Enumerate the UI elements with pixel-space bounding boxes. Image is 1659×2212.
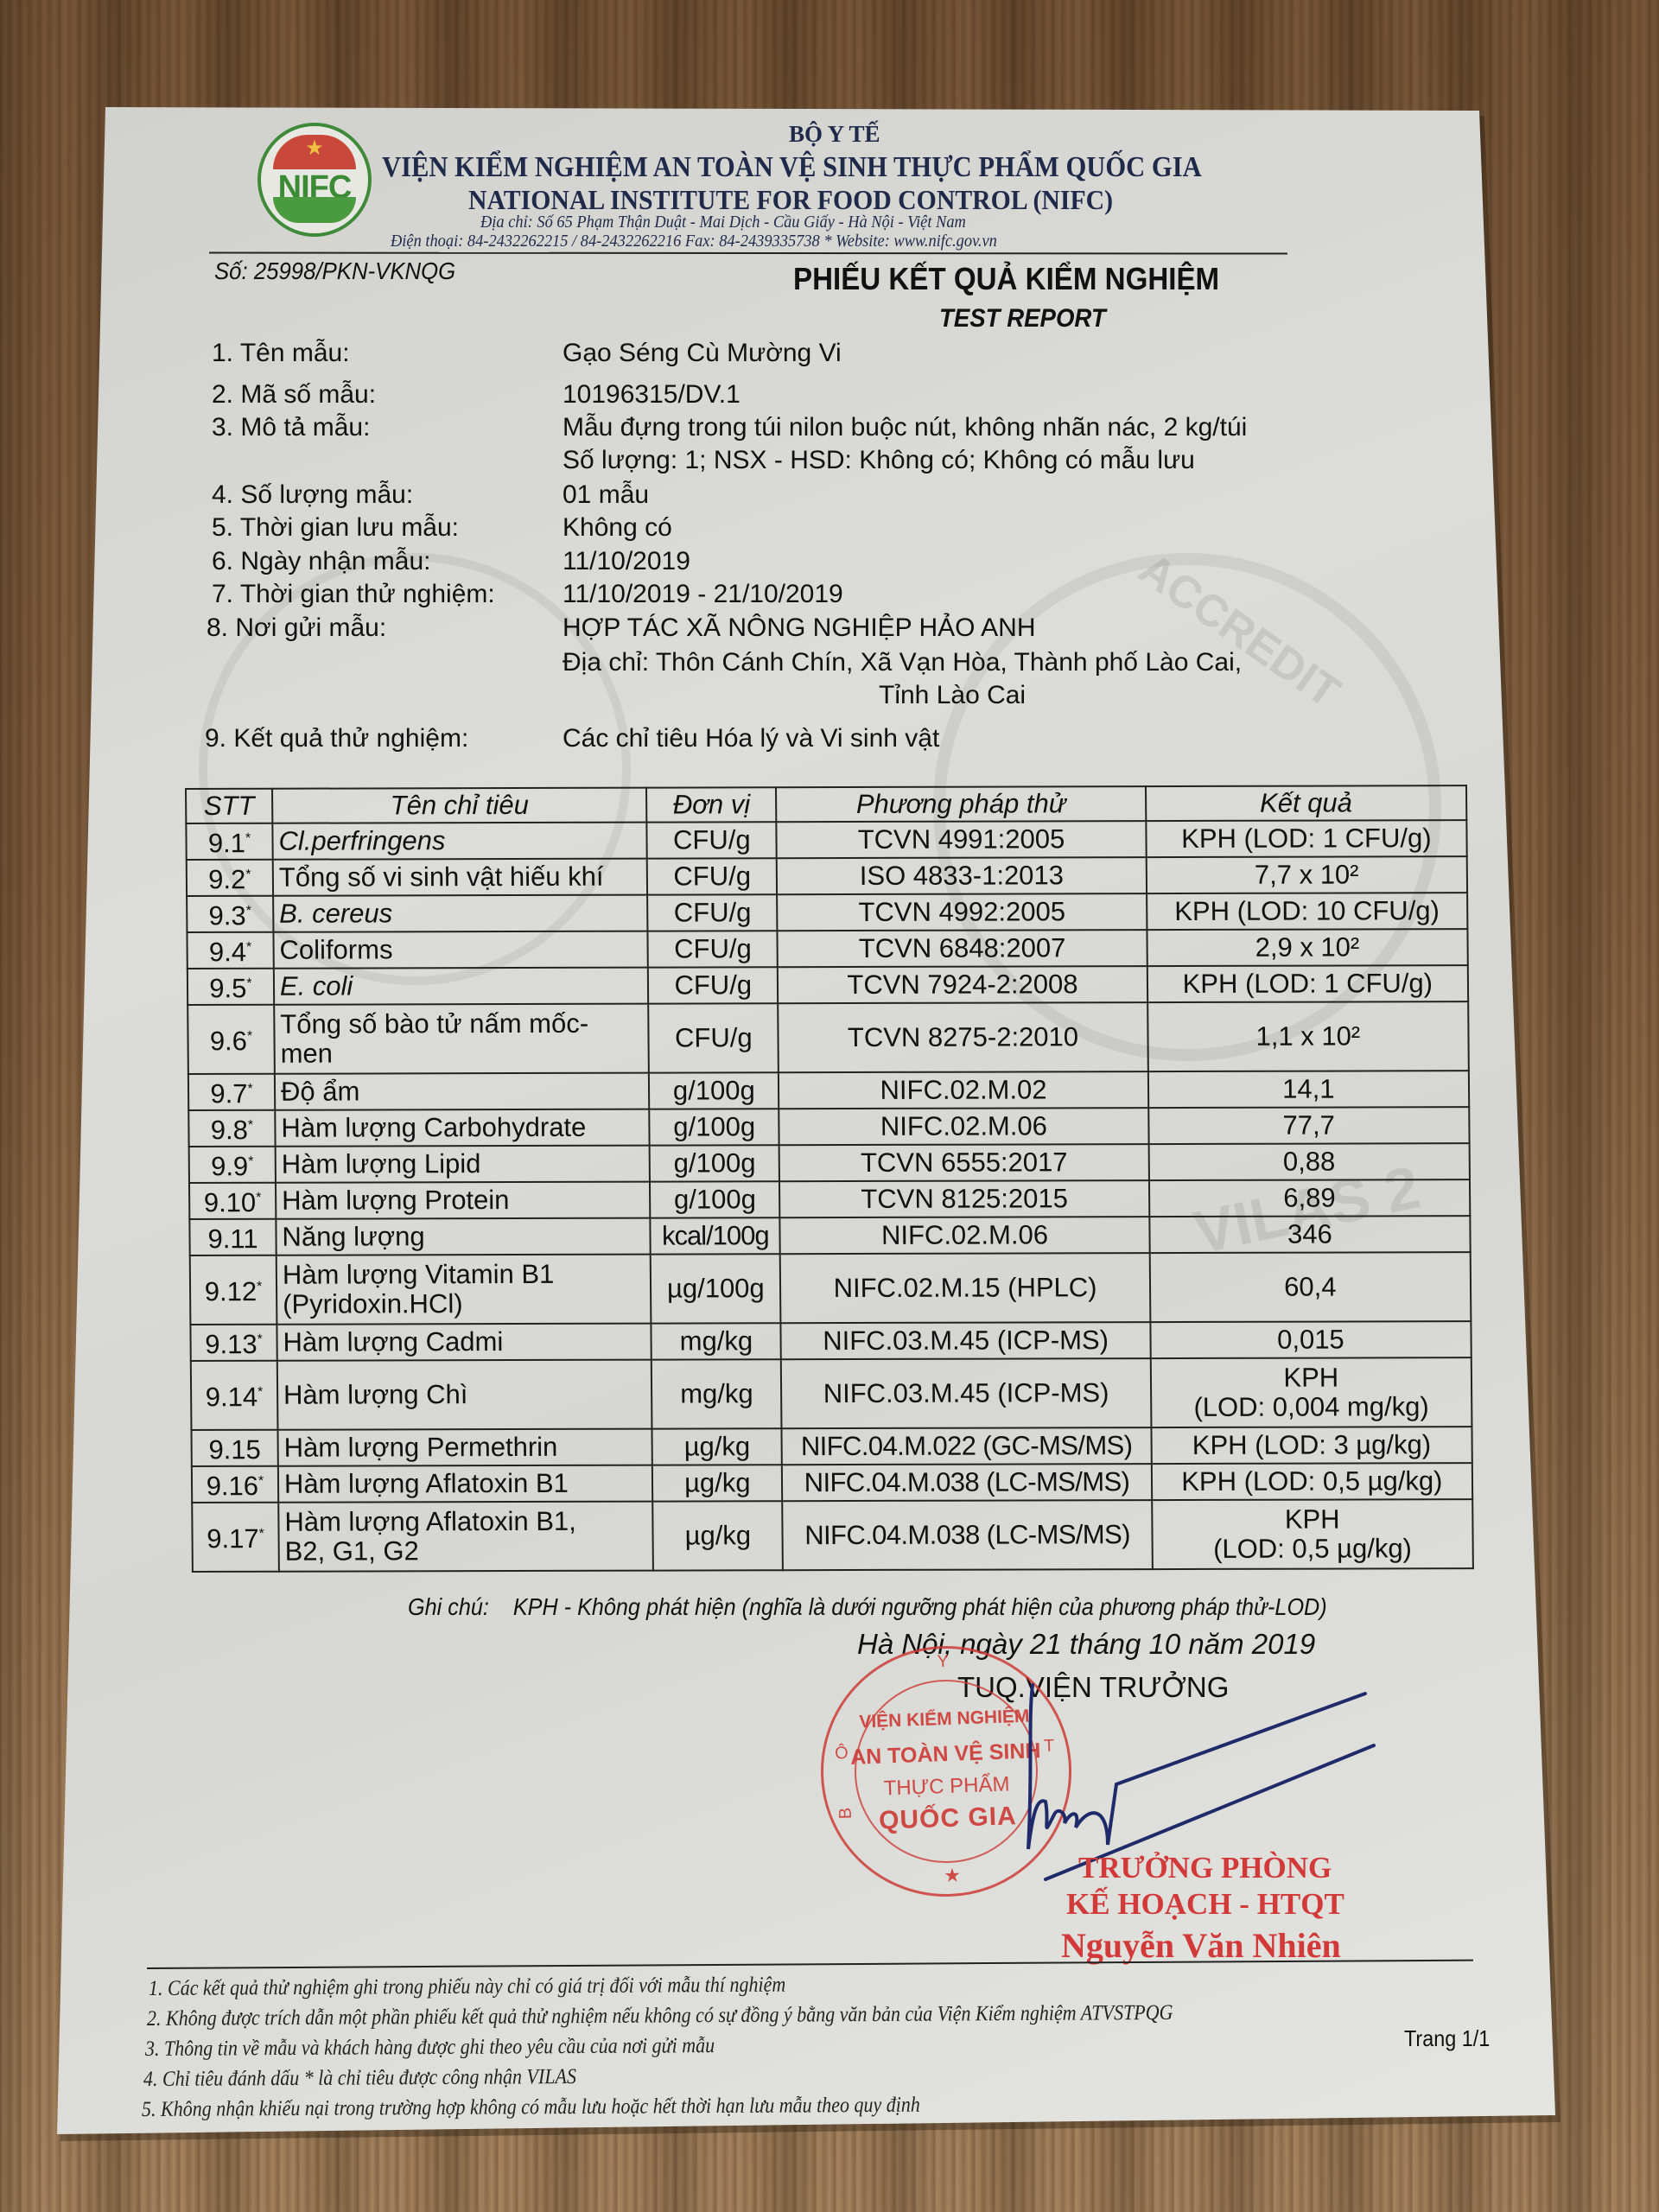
- table-row: 9.11Năng lượngkcal/100gNIFC.02.M.06346: [189, 1216, 1470, 1255]
- cell-stt: 9.16*: [192, 1466, 278, 1503]
- cell-unit: g/100g: [650, 1181, 779, 1217]
- cell-indicator-name: Năng lượng: [276, 1218, 651, 1255]
- cell-unit: µg/kg: [652, 1428, 782, 1465]
- nifc-logo: ★ NIFC: [257, 123, 372, 237]
- table-row: 9.12*Hàm lượng Vitamin B1(Pyridoxin.HCl)…: [190, 1252, 1471, 1325]
- note-text: KPH - Không phát hiện (nghĩa là dưới ngư…: [513, 1593, 1327, 1620]
- cell-indicator-name: Hàm lượng Protein: [276, 1182, 651, 1219]
- ministry-name: BỘ Y TẾ: [789, 121, 880, 148]
- field-value: 10196315/DV.1: [563, 380, 741, 410]
- field-value: Không có: [563, 513, 672, 543]
- institute-contact: Điện thoại: 84-2432262215 / 84-243226221…: [391, 232, 997, 251]
- cell-result: 77,7: [1148, 1107, 1470, 1144]
- cell-stt: 9.15: [191, 1430, 277, 1466]
- cell-result: 7,7 x 10²: [1146, 856, 1467, 893]
- table-row: 9.17*Hàm lượng Aflatoxin B1,B2, G1, G2µg…: [192, 1499, 1473, 1572]
- cell-method: NIFC.04.M.038 (LC-MS/MS): [783, 1500, 1153, 1570]
- cell-method: TCVN 7924-2:2008: [778, 966, 1147, 1003]
- cell-method: NIFC.03.M.45 (ICP-MS): [781, 1322, 1151, 1359]
- cell-stt: 9.6*: [188, 1005, 275, 1074]
- cell-method: NIFC.04.M.038 (LC-MS/MS): [782, 1464, 1152, 1501]
- signer-title-line1: TRƯỞNG PHÒNG: [1078, 1851, 1332, 1885]
- cell-result: 6,89: [1149, 1179, 1471, 1217]
- cell-indicator-name: Hàm lượng Lipid: [276, 1146, 651, 1183]
- field-value: Các chỉ tiêu Hóa lý và Vi sinh vật: [563, 724, 939, 753]
- institute-name-vi: VIỆN KIỂM NGHIỆM AN TOÀN VỆ SINH THỰC PH…: [382, 151, 1202, 184]
- cell-result: 14,1: [1148, 1071, 1470, 1108]
- table-row: 9.3*B. cereusCFU/gTCVN 4992:2005KPH (LOD…: [187, 893, 1467, 932]
- field-label: 3. Mô tả mẫu:: [212, 413, 370, 442]
- cell-unit: CFU/g: [647, 894, 777, 931]
- cell-unit: CFU/g: [647, 858, 777, 894]
- cell-method: NIFC.04.M.022 (GC-MS/MS): [782, 1427, 1152, 1465]
- table-row: 9.4*ColiformsCFU/gTCVN 6848:20072,9 x 10…: [187, 929, 1467, 969]
- cell-result: 2,9 x 10²: [1147, 929, 1468, 966]
- cell-stt: 9.9*: [189, 1147, 276, 1183]
- cell-method: NIFC.03.M.45 (ICP-MS): [781, 1358, 1151, 1428]
- cell-result: 60,4: [1149, 1252, 1471, 1322]
- col-header-result: Kết quả: [1146, 785, 1467, 821]
- footnote-item: 3. Thông tin về mẫu và khách hàng được g…: [145, 2034, 715, 2062]
- cell-stt: 9.8*: [188, 1110, 275, 1147]
- cell-unit: mg/kg: [652, 1323, 781, 1359]
- cell-indicator-name: Coliforms: [273, 931, 648, 969]
- cell-stt: 9.1*: [186, 823, 272, 860]
- cell-indicator-name: Cl.perfringens: [272, 823, 647, 860]
- field-value: Mẫu đựng trong túi nilon buộc nút, không…: [563, 413, 1247, 442]
- star-icon: ★: [944, 1864, 962, 1887]
- cell-indicator-name: Hàm lượng Aflatoxin B1,B2, G1, G2: [278, 1502, 653, 1572]
- cell-result: KPH(LOD: 0,5 µg/kg): [1152, 1499, 1473, 1569]
- cell-stt: 9.3*: [187, 896, 273, 932]
- cell-result: 346: [1149, 1216, 1471, 1253]
- institute-name-en: NATIONAL INSTITUTE FOR FOOD CONTROL (NIF…: [468, 184, 1113, 216]
- cell-unit: CFU/g: [648, 931, 778, 967]
- col-header-name: Tên chỉ tiêu: [272, 788, 647, 823]
- field-value: 11/10/2019 - 21/10/2019: [563, 580, 843, 609]
- table-row: 9.6*Tổng số bào tử nấm mốc-menCFU/gTCVN …: [188, 1001, 1469, 1074]
- cell-result: KPH (LOD: 3 µg/kg): [1151, 1427, 1472, 1464]
- field-label: 2. Mã số mẫu:: [212, 380, 376, 410]
- cell-stt: 9.7*: [188, 1074, 275, 1110]
- field-value: Số lượng: 1; NSX - HSD: Không có; Không …: [563, 446, 1195, 475]
- footnote-item: 4. Chỉ tiêu đánh dấu * là chỉ tiêu được …: [143, 2065, 576, 2092]
- institute-address: Địa chỉ: Số 65 Phạm Thận Duật - Mai Dịch…: [480, 213, 966, 232]
- col-header-stt: STT: [186, 789, 272, 823]
- cell-stt: 9.10*: [189, 1183, 276, 1219]
- field-label: 7. Thời gian thử nghiệm:: [212, 580, 495, 609]
- cell-unit: g/100g: [650, 1109, 779, 1145]
- cell-result: 0,88: [1148, 1143, 1470, 1180]
- cell-unit: kcal/100g: [651, 1217, 780, 1254]
- cell-indicator-name: B. cereus: [273, 895, 648, 932]
- field-label: 1. Tên mẫu:: [212, 339, 350, 368]
- cell-stt: 9.2*: [187, 860, 273, 896]
- report-title: PHIẾU KẾT QUẢ KIỂM NGHIỆM: [793, 261, 1219, 297]
- table-row: 9.1*Cl.perfringensCFU/gTCVN 4991:2005KPH…: [186, 820, 1466, 860]
- report-subtitle: TEST REPORT: [939, 304, 1106, 334]
- cell-stt: 9.11: [189, 1219, 276, 1255]
- cell-method: NIFC.02.M.06: [779, 1108, 1149, 1145]
- cell-method: TCVN 8125:2015: [779, 1180, 1149, 1217]
- cell-indicator-name: Hàm lượng Vitamin B1(Pyridoxin.HCl): [276, 1255, 652, 1325]
- field-value: Tỉnh Lào Cai: [879, 681, 1026, 710]
- cell-method: TCVN 8275-2:2010: [778, 1002, 1147, 1072]
- table-row: 9.16*Hàm lượng Aflatoxin B1µg/kgNIFC.04.…: [192, 1463, 1472, 1503]
- table-row: 9.13*Hàm lượng Cadmimg/kgNIFC.03.M.45 (I…: [190, 1321, 1471, 1361]
- cell-stt: 9.13*: [190, 1325, 276, 1361]
- cell-result: 1,1 x 10²: [1147, 1001, 1469, 1071]
- field-label: 9. Kết quả thử nghiệm:: [205, 724, 468, 753]
- field-label: 6. Ngày nhận mẫu:: [212, 547, 431, 576]
- field-label: 4. Số lượng mẫu:: [212, 480, 413, 510]
- table-row: 9.15Hàm lượng Permethrinµg/kgNIFC.04.M.0…: [191, 1427, 1471, 1466]
- star-icon: ★: [305, 138, 324, 159]
- cell-method: NIFC.02.M.15 (HPLC): [780, 1253, 1150, 1323]
- cell-unit: µg/kg: [652, 1465, 782, 1501]
- cell-method: TCVN 4991:2005: [777, 821, 1147, 858]
- field-value: 11/10/2019: [563, 547, 690, 576]
- table-row: 9.2*Tổng số vi sinh vật hiếu khíCFU/gISO…: [187, 856, 1467, 896]
- cell-method: NIFC.02.M.06: [780, 1217, 1150, 1254]
- cell-stt: 9.5*: [188, 969, 274, 1005]
- cell-result: 0,015: [1150, 1321, 1471, 1358]
- cell-indicator-name: E. coli: [274, 968, 649, 1005]
- cell-method: NIFC.02.M.02: [779, 1071, 1148, 1109]
- cell-indicator-name: Hàm lượng Permethrin: [277, 1429, 652, 1466]
- signer-title-line2: KẾ HOẠCH - HTQT: [1066, 1887, 1344, 1922]
- cell-stt: 9.14*: [191, 1361, 278, 1430]
- col-header-method: Phương pháp thử: [776, 786, 1146, 822]
- footnote-item: 1. Các kết quả thử nghiệm ghi trong phiế…: [149, 1974, 785, 2001]
- field-label: 8. Nơi gửi mẫu:: [207, 613, 386, 643]
- table-row: 9.10*Hàm lượng Proteing/100gTCVN 8125:20…: [189, 1179, 1470, 1219]
- cell-method: TCVN 6555:2017: [779, 1144, 1149, 1181]
- cell-result: KPH (LOD: 1 CFU/g): [1147, 965, 1469, 1002]
- cell-method: TCVN 4992:2005: [777, 893, 1147, 931]
- cell-unit: g/100g: [649, 1072, 779, 1109]
- table-row: 9.14*Hàm lượng Chìmg/kgNIFC.03.M.45 (ICP…: [191, 1357, 1472, 1430]
- cell-method: TCVN 6848:2007: [778, 930, 1147, 967]
- field-label: 5. Thời gian lưu mẫu:: [212, 513, 459, 543]
- cell-unit: g/100g: [650, 1145, 779, 1181]
- report-number: Số: 25998/PKN-VKNQG: [214, 257, 455, 285]
- table-header-row: STT Tên chỉ tiêu Đơn vị Phương pháp thử …: [186, 785, 1466, 823]
- cell-unit: mg/kg: [652, 1359, 782, 1428]
- footnote-item: 5. Không nhận khiếu nại trong trường hợp…: [142, 2094, 920, 2122]
- table-row: 9.9*Hàm lượng Lipidg/100gTCVN 6555:20170…: [189, 1143, 1470, 1183]
- cell-stt: 9.4*: [187, 932, 273, 969]
- cell-unit: CFU/g: [649, 1003, 779, 1072]
- page-number: Trang 1/1: [1404, 2025, 1490, 2052]
- cell-unit: µg/100g: [651, 1254, 781, 1323]
- table-row: 9.7*Độ ẩmg/100gNIFC.02.M.0214,1: [188, 1071, 1469, 1110]
- cell-result: KPH (LOD: 10 CFU/g): [1147, 893, 1468, 930]
- cell-stt: 9.12*: [190, 1255, 277, 1325]
- cell-indicator-name: Hàm lượng Carbohydrate: [275, 1109, 650, 1147]
- field-value: 01 mẫu: [563, 480, 649, 510]
- field-value: Gạo Séng Cù Mường Vi: [563, 339, 842, 368]
- table-row: 9.8*Hàm lượng Carbohydrateg/100gNIFC.02.…: [188, 1107, 1469, 1147]
- cell-method: ISO 4833-1:2013: [777, 857, 1147, 894]
- cell-result: KPH (LOD: 0,5 µg/kg): [1152, 1463, 1473, 1500]
- note: Ghi chú: KPH - Không phát hiện (nghĩa là…: [408, 1593, 1327, 1621]
- results-table: STT Tên chỉ tiêu Đơn vị Phương pháp thử …: [185, 785, 1474, 1573]
- cell-indicator-name: Hàm lượng Chì: [277, 1360, 652, 1430]
- cell-indicator-name: Hàm lượng Cadmi: [276, 1324, 652, 1361]
- cell-unit: CFU/g: [647, 822, 777, 858]
- cell-stt: 9.17*: [192, 1503, 279, 1572]
- cell-indicator-name: Tổng số vi sinh vật hiếu khí: [273, 859, 648, 896]
- cell-indicator-name: Hàm lượng Aflatoxin B1: [278, 1465, 653, 1503]
- note-label: Ghi chú:: [408, 1593, 489, 1620]
- cell-indicator-name: Độ ẩm: [275, 1073, 650, 1110]
- cell-unit: CFU/g: [648, 967, 778, 1003]
- field-value: HỢP TÁC XÃ NÔNG NGHIỆP HẢO ANH: [563, 613, 1036, 643]
- field-value: Địa chỉ: Thôn Cánh Chín, Xã Vạn Hòa, Thà…: [563, 648, 1242, 677]
- cell-indicator-name: Tổng số bào tử nấm mốc-men: [274, 1004, 649, 1074]
- cell-unit: µg/kg: [653, 1501, 784, 1570]
- cell-result: KPH(LOD: 0,004 mg/kg): [1150, 1357, 1471, 1427]
- cell-result: KPH (LOD: 1 CFU/g): [1146, 820, 1467, 857]
- col-header-unit: Đơn vị: [646, 787, 776, 822]
- table-row: 9.5*E. coliCFU/gTCVN 7924-2:2008KPH (LOD…: [188, 965, 1468, 1005]
